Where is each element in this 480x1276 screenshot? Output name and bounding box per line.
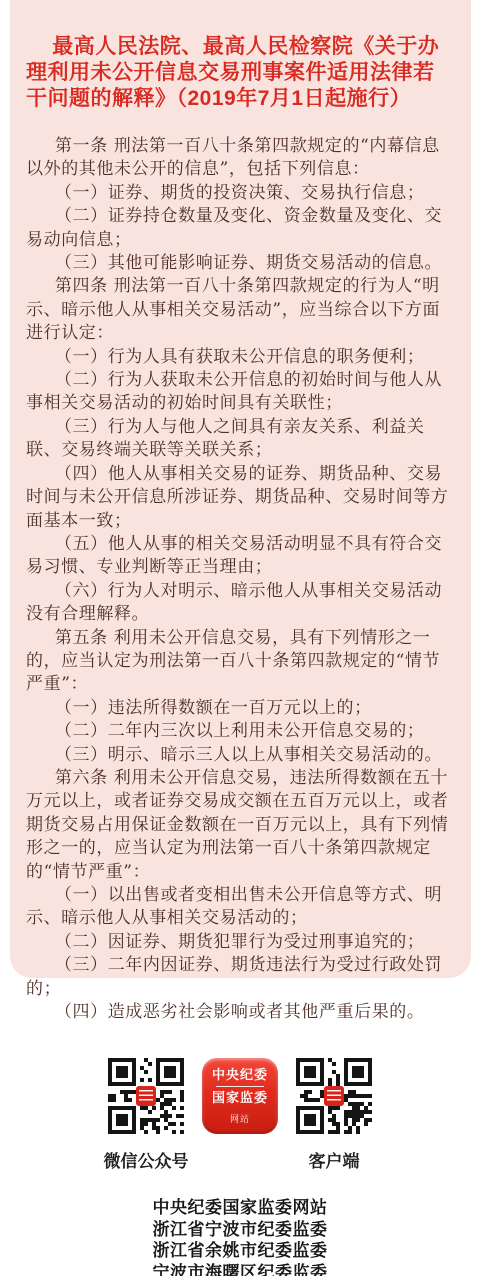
credit-line: 宁波市海曙区纪委监委 [0,1262,480,1276]
article-paragraph: 第六条 利用未公开信息交易，违法所得数额在五十万元以上，或者证券交易成交额在五百… [26,767,454,884]
credit-line: 中央纪委国家监委网站 [0,1197,480,1219]
client-qr-label: 客户端 [309,1147,360,1172]
article-paragraph: （四）他人从事相关交易的证券、期货品种、交易时间与未公开信息所涉证券、期货品种、… [26,463,454,533]
wechat-qr-item: 微信公众号 [108,1058,184,1172]
ccdi-app-icon: 中央纪委 国家监委 网站 [202,1058,278,1134]
article-paragraph: （一）证券、期货的投资决策、交易执行信息； [26,182,454,205]
article-paragraph: 第四条 刑法第一百八十条第四款规定的行为人“明示、暗示他人从事相关交易活动”，应… [26,275,454,345]
article-paragraph: （三）行为人与他人之间具有亲友关系、利益关联、交易终端关联等关联关系； [26,416,454,463]
article-paragraph: （一）违法所得数额在一百万元以上的； [26,697,454,720]
footer: 微信公众号 中央纪委 国家监委 网站 客户端 中央纪委国家监委网站 浙江省宁波市… [0,1058,480,1276]
credit-line: 浙江省余姚市纪委监委 [0,1240,480,1262]
article-paragraph: （一）以出售或者变相出售未公开信息等方式、明示、暗示他人从事相关交易活动的； [26,884,454,931]
client-qr-code-icon [296,1058,372,1134]
article-title: 最高人民法院、最高人民检察院《关于办理利用未公开信息交易刑事案件适用法律若干问题… [26,34,454,112]
article-paragraph: 第一条 刑法第一百八十条第四款规定的“内幕信息以外的其他未公开的信息”，包括下列… [26,135,454,182]
article-body: 第一条 刑法第一百八十条第四款规定的“内幕信息以外的其他未公开的信息”，包括下列… [26,135,454,1024]
credit-line: 浙江省宁波市纪委监委 [0,1219,480,1241]
wechat-qr-code-icon [108,1058,184,1134]
article-paragraph: （四）造成恶劣社会影响或者其他严重后果的。 [26,1001,454,1024]
article-paragraph: （二）因证券、期货犯罪行为受过刑事追究的； [26,931,454,954]
article-card: 最高人民法院、最高人民检察院《关于办理利用未公开信息交易刑事案件适用法律若干问题… [10,0,471,978]
article-paragraph: （二）行为人获取未公开信息的初始时间与他人从事相关交易活动的初始时间具有关联性； [26,369,454,416]
qr-center-logo-icon [324,1086,344,1106]
article-paragraph: （三）明示、暗示三人以上从事相关交易活动的。 [26,744,454,767]
credits: 中央纪委国家监委网站 浙江省宁波市纪委监委 浙江省余姚市纪委监委 宁波市海曙区纪… [0,1197,480,1276]
app-icon-divider [216,1086,264,1087]
wechat-qr-label: 微信公众号 [104,1147,189,1172]
client-qr-item: 客户端 [296,1058,372,1172]
article-paragraph: （二）证券持仓数量及变化、资金数量及变化、交易动向信息； [26,205,454,252]
article-paragraph: （五）他人从事的相关交易活动明显不具有符合交易习惯、专业判断等正当理由； [26,533,454,580]
qr-center-logo-icon [136,1086,156,1106]
article-paragraph: 第五条 利用未公开信息交易，具有下列情形之一的，应当认定为刑法第一百八十条第四款… [26,627,454,697]
app-icon-line1: 中央纪委 [212,1067,268,1083]
app-icon-line3: 网站 [230,1112,250,1125]
article-paragraph: （二）二年内三次以上利用未公开信息交易的； [26,720,454,743]
app-icon-line2: 国家监委 [212,1090,268,1106]
qr-row: 微信公众号 中央纪委 国家监委 网站 客户端 [0,1058,480,1172]
article-paragraph: （三）其他可能影响证券、期货交易活动的信息。 [26,252,454,275]
article-paragraph: （三）二年内因证券、期货违法行为受过行政处罚的； [26,954,454,1001]
article-paragraph: （一）行为人具有获取未公开信息的职务便利； [26,346,454,369]
article-paragraph: （六）行为人对明示、暗示他人从事相关交易活动没有合理解释。 [26,580,454,627]
